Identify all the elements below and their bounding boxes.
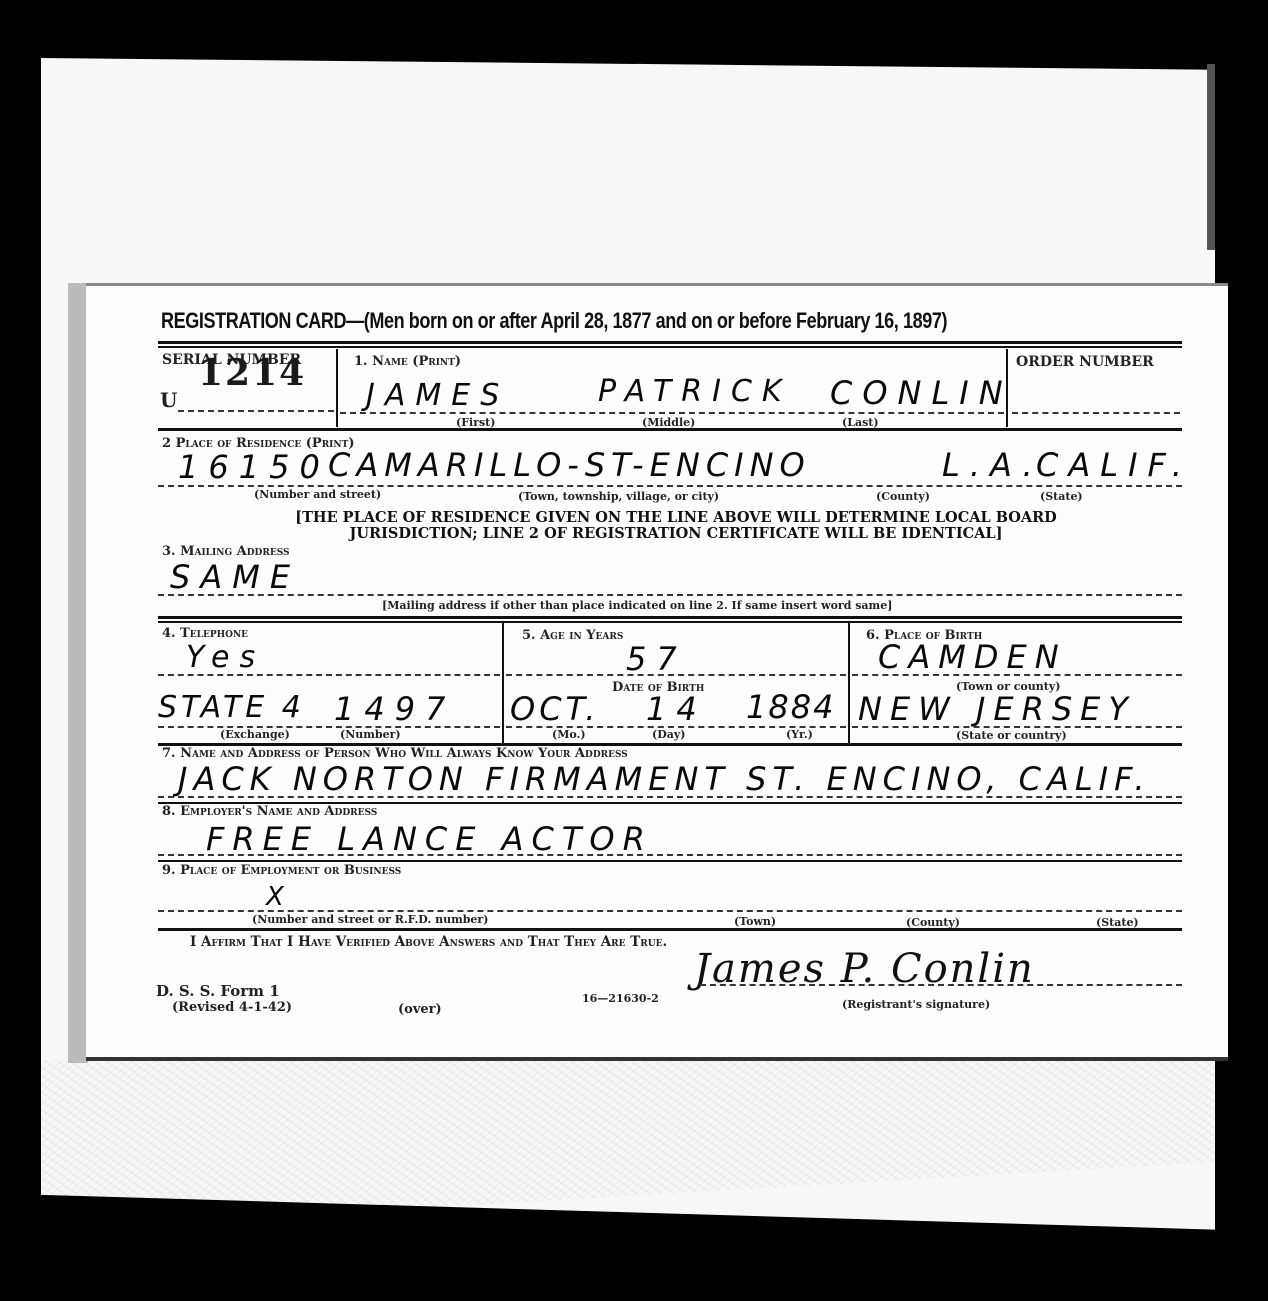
signature-caption: (Registrant's signature) <box>842 998 990 1011</box>
name-label: 1. Name (Print) <box>354 354 461 369</box>
dob-day-caption: (Day) <box>652 728 685 741</box>
birthplace-town-line <box>852 674 1182 676</box>
name-first: JAMES <box>366 378 509 413</box>
serial-number-value: 1214 <box>198 352 306 394</box>
telephone-exchange-caption: (Exchange) <box>220 728 290 741</box>
dob-month-caption: (Mo.) <box>552 728 586 741</box>
employment-place-line <box>158 910 1182 912</box>
telephone-line1: Yes <box>186 640 265 675</box>
residence-county: L.A. <box>942 446 1043 484</box>
rule <box>158 860 1182 862</box>
residence-street: 16150 <box>178 448 330 486</box>
name-line <box>340 412 1004 414</box>
registration-card: REGISTRATION CARD—(Men born on or after … <box>86 283 1228 1061</box>
employer-label: 8. Employer's Name and Address <box>162 804 377 819</box>
residence-town-caption: (Town, township, village, or city) <box>518 490 719 503</box>
rule <box>158 341 1182 344</box>
dob-year: 1884 <box>746 688 835 726</box>
backing-sheet-edge <box>1207 64 1215 250</box>
employment-place-label: 9. Place of Employment or Business <box>162 863 401 878</box>
order-number-field[interactable] <box>1012 412 1180 414</box>
divider <box>848 622 850 744</box>
residence-notice-line1: [THE PLACE OF RESIDENCE GIVEN ON THE LIN… <box>226 510 1126 526</box>
rule <box>158 928 1182 931</box>
residence-street-caption: (Number and street) <box>254 488 381 501</box>
birthplace-state-caption: (State or country) <box>956 729 1067 742</box>
serial-prefix: U <box>160 388 177 412</box>
mailing-value: SAME <box>170 558 300 596</box>
residence-state-caption: (State) <box>1040 490 1083 503</box>
employment-street-caption: (Number and street or R.F.D. number) <box>252 913 488 926</box>
mailing-label: 3. Mailing Address <box>162 544 290 559</box>
residence-county-caption: (County) <box>876 490 930 503</box>
dob-month: OCT. <box>510 690 599 728</box>
dob-day: 14 <box>646 690 707 728</box>
dob-year-caption: (Yr.) <box>786 728 813 741</box>
employment-place-value: X <box>266 882 294 912</box>
telephone-label: 4. Telephone <box>162 626 248 641</box>
card-shadow-edge <box>68 283 88 1063</box>
affirmation-text: I Affirm That I Have Verified Above Answ… <box>190 934 667 950</box>
form-revised: (Revised 4-1-42) <box>172 1000 292 1015</box>
rule <box>158 346 1182 348</box>
mailing-caption: [Mailing address if other than place ind… <box>382 599 892 612</box>
residence-state: CALIF. <box>1036 446 1192 484</box>
rule <box>158 621 1182 623</box>
birthplace-town: CAMDEN <box>878 638 1067 676</box>
telephone-exchange: STATE 4 <box>158 690 305 725</box>
contact-person-label: 7. Name and Address of Person Who Will A… <box>162 746 628 761</box>
age-value: 57 <box>626 640 687 678</box>
employer-line <box>158 854 1182 856</box>
rule <box>158 616 1182 619</box>
telephone-number-line <box>158 726 500 728</box>
form-name: D. S. S. Form 1 <box>156 982 280 1000</box>
order-number-label: ORDER NUMBER <box>1016 354 1154 370</box>
signature-line <box>700 984 1182 986</box>
divider <box>336 349 338 427</box>
age-line <box>506 674 846 676</box>
contact-person-value: JACK NORTON FIRMAMENT ST. ENCINO, CALIF. <box>178 760 1151 798</box>
birthplace-state-line <box>852 726 1182 728</box>
telephone-number: 1497 <box>334 690 455 728</box>
name-middle: PATRICK <box>598 374 792 409</box>
rule <box>158 428 1182 431</box>
telephone-number-caption: (Number) <box>340 728 401 741</box>
card-title: REGISTRATION CARD—(Men born on or after … <box>161 308 947 334</box>
serial-line <box>178 410 334 412</box>
divider <box>1006 349 1008 427</box>
over-label: (over) <box>398 1002 442 1017</box>
residence-notice-line2: JURISDICTION; LINE 2 OF REGISTRATION CER… <box>226 526 1126 542</box>
employer-value: FREE LANCE ACTOR <box>206 820 653 858</box>
age-label: 5. Age in Years <box>522 628 623 643</box>
telephone-line <box>158 674 500 676</box>
residence-town: CAMARILLO-ST-ENCINO <box>328 446 811 484</box>
contact-person-line <box>158 796 1182 798</box>
mailing-line <box>158 594 1182 596</box>
print-code: 16—21630-2 <box>582 992 659 1005</box>
employment-town-caption: (Town) <box>734 915 776 928</box>
residence-line <box>158 485 1182 487</box>
divider <box>502 622 504 744</box>
birthplace-state: NEW JERSEY <box>858 690 1136 728</box>
name-last: CONLIN <box>830 374 1013 412</box>
